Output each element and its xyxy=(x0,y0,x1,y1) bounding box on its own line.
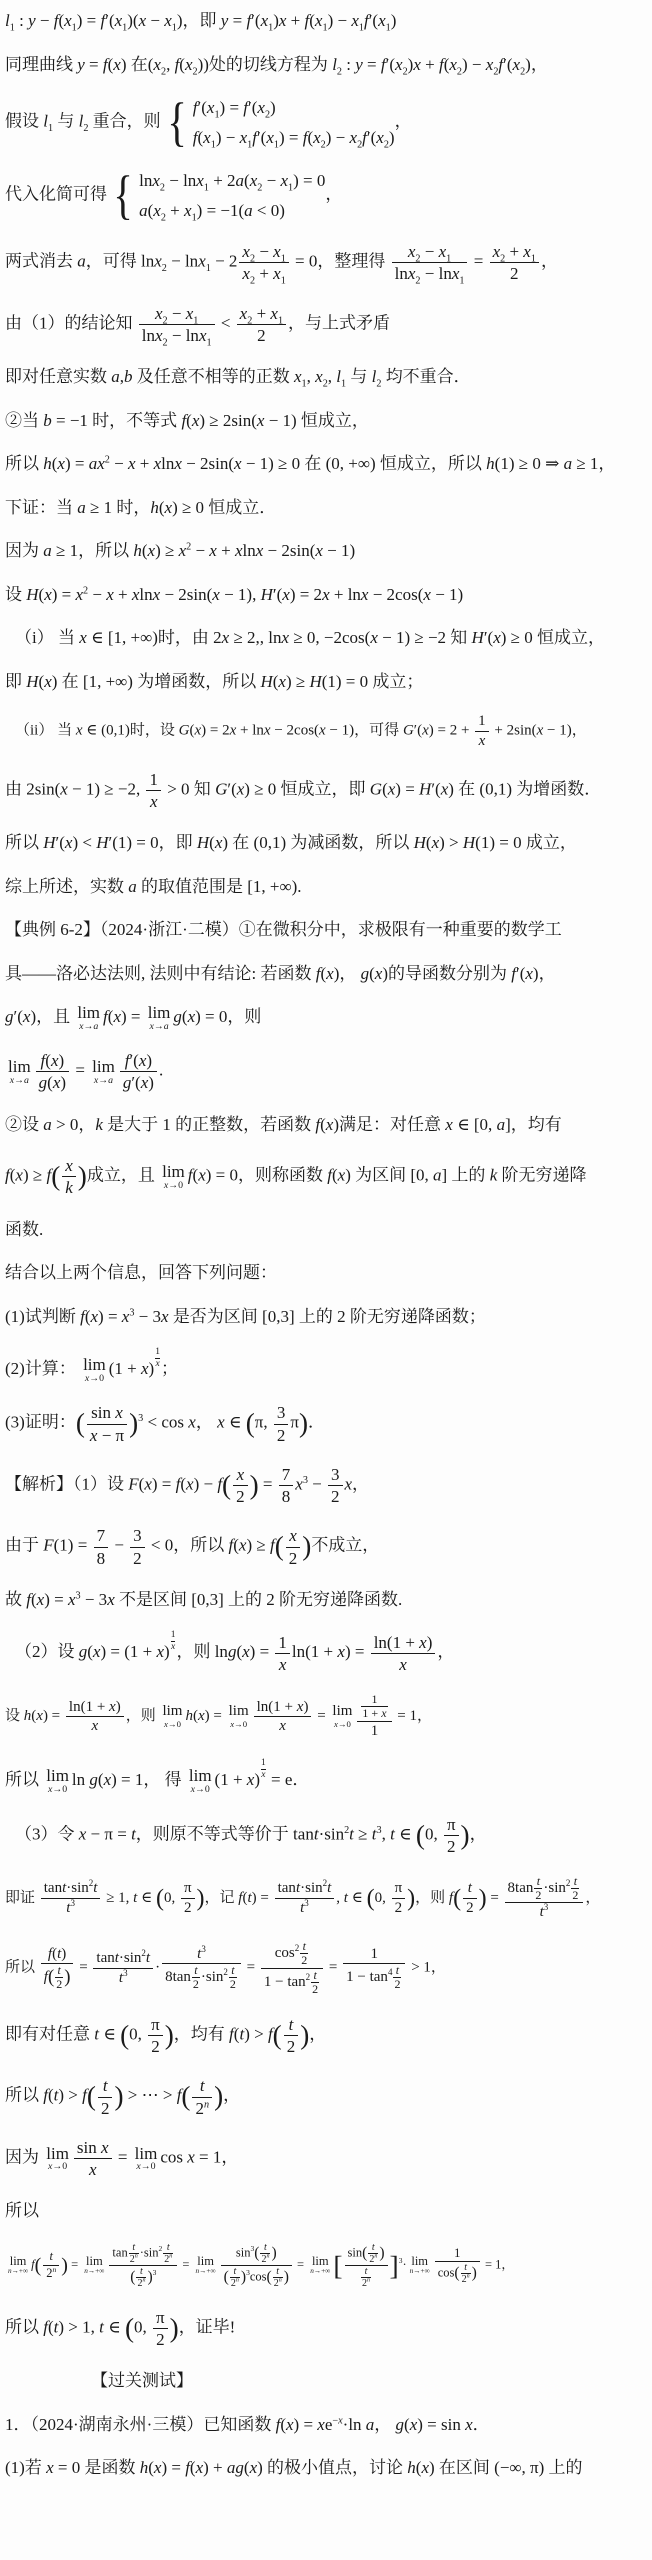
tangent-line-l1: l1 : y − f(x1) = f′(x1)(x − x1)，即 y = f′… xyxy=(5,8,647,34)
analysis-part3-ft-gt-ft2: 即有对任意 t ∈ (0, π2)，均有 f(t) > f(t2)， xyxy=(5,2014,647,2058)
H-decreasing-conclusion: 所以 H′(x) < H′(1) = 0，即 H(x) 在 (0,1) 为减函数… xyxy=(5,830,647,856)
analysis-part1-setup: 【解析】（1）设 F(x) = f(x) − f(x2) = 78x3 − 32… xyxy=(5,1464,647,1508)
question-1: (1)试判断 f(x) = x3 − 3x 是否为区间 [0,3] 上的 2 阶… xyxy=(5,1304,647,1330)
conclusion-contradiction: 由（1）的结论知 x2 − x1lnx2 − lnx1 < x2 + x12，与… xyxy=(5,303,647,347)
h-inequality-holds: 所以 h(x) = ax2 − x + xlnx − 2sin(x − 1) ≥… xyxy=(5,451,647,477)
analysis-part3-substitute: （3）令 x − π = t，则原不等式等价于 tant·sin2t ≥ t3,… xyxy=(5,1814,647,1858)
case2-b-equals-neg1: ②当 b = −1 时，不等式 f(x) ≥ 2sin(x − 1) 恒成立， xyxy=(5,408,647,434)
lhopital-condition: g′(x)，且 limx→af(x) = limx→ag(x) = 0，则 xyxy=(5,1004,647,1032)
analysis-part3-chain: 所以 f(t) > f(t2) > ⋯ > f(t2n)， xyxy=(5,2075,647,2119)
definition-k-order-end: 函数. xyxy=(5,1217,647,1243)
analysis-part1-conclusion: 故 f(x) = x3 − 3x 不是区间 [0,3] 上的 2 阶无穷递降函数… xyxy=(5,1587,647,1613)
analysis-part2-setup: （2）设 g(x) = (1 + x)1x，则 lng(x) = 1xln(1 … xyxy=(5,1630,647,1675)
lines-never-coincide: 即对任意实数 a,b 及任意不相等的正数 x1, x2, l1 与 l2 均不重… xyxy=(5,364,647,390)
problem-1-part1: (1)若 x = 0 是函数 h(x) = f(x) + ag(x) 的极小值点… xyxy=(5,2455,647,2481)
G-increasing: 由 2sin(x − 1) ≥ −2, 1x > 0 知 G′(x) ≥ 0 恒… xyxy=(5,769,647,813)
lhopital-rule-intro: 具——洛必达法则, 法则中有结论: 若函数 f(x)， g(x)的导函数分别为 … xyxy=(5,961,647,987)
analysis-part2-limit-h: 设 h(x) = ln(1 + x)x，则 limx→0h(x) = limx→… xyxy=(5,1693,647,1740)
analysis-part3-define-f: 即证 tant·sin2tt3 ≥ 1, t ∈ (0, π2)，记 f(t) … xyxy=(5,1875,647,1922)
document-lines: l1 : y − f(x1) = f′(x1)(x − x1)，即 y = f′… xyxy=(5,8,647,2481)
to-prove-a-ge-1: 下证：当 a ≥ 1 时，h(x) ≥ 0 恒成立． xyxy=(5,495,647,521)
substitute-simplify-system: 代入化简可得{lnx2 − lnx1 + 2a(x2 − x1) = 0a(x2… xyxy=(5,168,647,223)
analysis-part3-big-limit: limn→+∞f(t2n) = limn→+∞tant2n·sin2t2n(t2… xyxy=(5,2242,647,2289)
question-2: (2)计算： limx→0(1 + x)1x； xyxy=(5,1347,647,1384)
analysis-part1-F1: 由于 F(1) = 78 − 32 < 0，所以 f(x) ≥ f(x2)不成立… xyxy=(5,1525,647,1569)
range-of-a: 综上所述，实数 a 的取值范围是 [1, +∞). xyxy=(5,874,647,900)
define-H-and-derivative: 设 H(x) = x2 − x + xlnx − 2sin(x − 1), H′… xyxy=(5,582,647,608)
analysis-part3-sinx-limit: 因为 limx→0sin xx = limx→0cos x = 1， xyxy=(5,2137,647,2181)
example-6-2-header: 【典例 6-2】（2024·浙江·二模）①在微积分中，求极限有一种重要的数学工 xyxy=(5,917,647,943)
H-increasing-conclusion: 即 H(x) 在 [1, +∞) 为增函数，所以 H(x) ≥ H(1) = 0… xyxy=(5,669,647,695)
case-i-x-ge-1: （i） 当 x ∈ [1, +∞)时，由 2x ≥ 2,, lnx ≥ 0, −… xyxy=(5,625,647,651)
tangent-line-l2: 同理曲线 y = f(x) 在(x2, f(x2))处的切线方程为 l2 : y… xyxy=(5,52,647,78)
analysis-part3-conclusion: 所以 f(t) > 1, t ∈ (0, π2)，证毕! xyxy=(5,2307,647,2351)
problem-1: 1．（2024·湖南永州·三模）已知函数 f(x) = xe−x·ln a， g… xyxy=(5,2412,647,2438)
questions-intro: 结合以上两个信息，回答下列问题： xyxy=(5,1260,647,1286)
lhopital-limit-formula: limx→af(x)g(x) = limx→af′(x)g′(x). xyxy=(5,1050,647,1094)
definition-k-order: ②设 a > 0，k 是大于 1 的正整数，若函数 f(x)满足：对任意 x ∈… xyxy=(5,1112,647,1138)
assume-lines-coincide: 假设 l1 与 l2 重合，则{f′(x1) = f′(x2)f(x1) − x… xyxy=(5,95,647,150)
pass-test-header: 【过关测试】 xyxy=(5,2368,647,2394)
analysis-part2-result: 所以 limx→0ln g(x) = 1， 得 limx→0(1 + x)1x … xyxy=(5,1758,647,1795)
document: l1 : y − f(x1) = f′(x1)(x − x1)，即 y = f′… xyxy=(0,0,652,2481)
eliminate-a-equation: 两式消去 a，可得 lnx2 − lnx1 − 2x2 − x1x2 + x1 … xyxy=(5,241,647,285)
question-3: (3)证明：(sin xx − π)3 < cos x， x ∈ (π, 32π… xyxy=(5,1402,647,1446)
h-lower-bound: 因为 a ≥ 1，所以 h(x) ≥ x2 − x + xlnx − 2sin(… xyxy=(5,538,647,564)
definition-k-order-cont: f(x) ≥ f(xk)成立，且 limx→0f(x) = 0，则称函数 f(x… xyxy=(5,1155,647,1199)
analysis-part3-suoyi: 所以 xyxy=(5,2198,647,2224)
analysis-part3-ratio: 所以 f(t)f(t2) = tant·sin2tt3·t38tant2·sin… xyxy=(5,1940,647,1996)
case-ii-x-in-01: （ii） 当 x ∈ (0,1)时，设 G(x) = 2x + lnx − 2c… xyxy=(5,712,647,751)
